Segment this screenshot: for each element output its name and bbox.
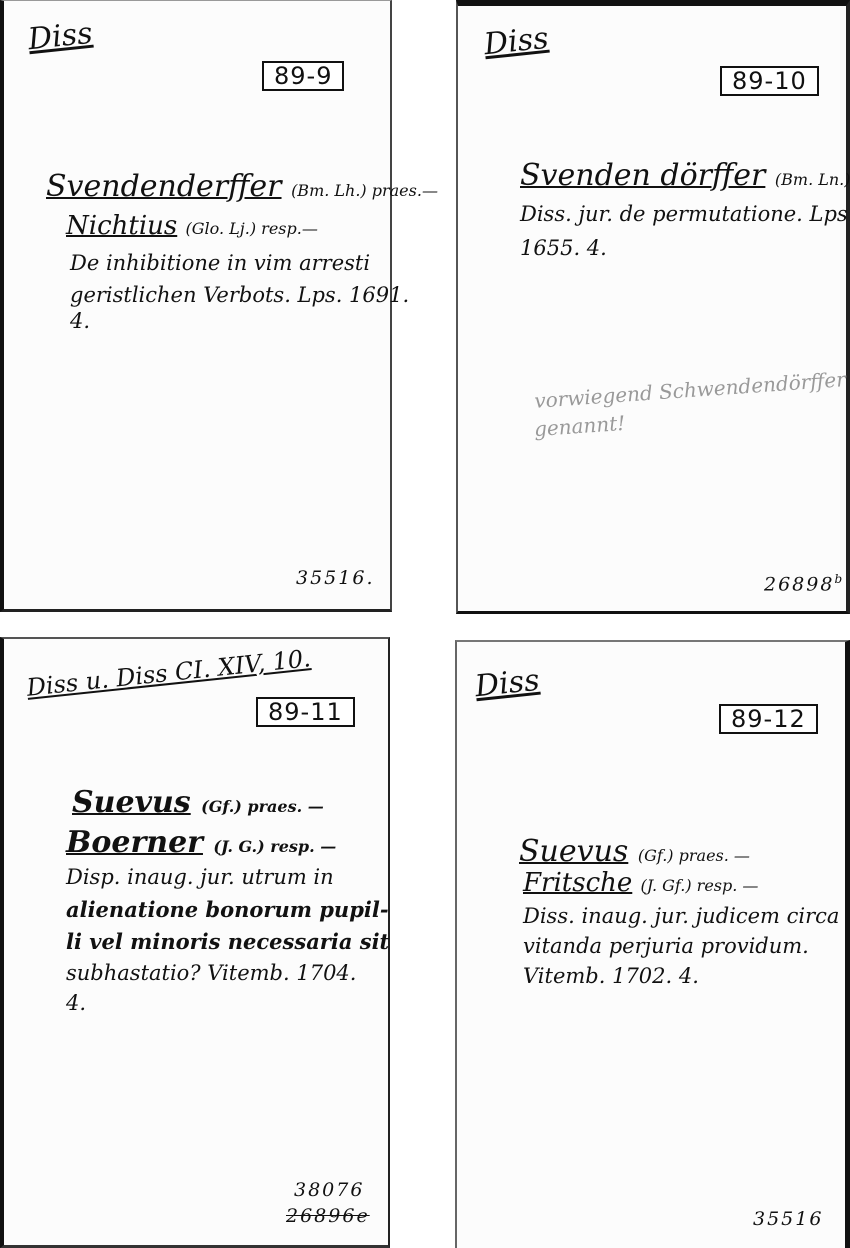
respondent-line: Nichtius (Glo. Lj.) resp.— (66, 211, 318, 241)
title-line: Diss. jur. de permutatione. Lps. (520, 202, 850, 226)
call-number: 89-9 (262, 61, 344, 91)
praeses-details: (Gf.) praes. — (638, 846, 750, 865)
classmark: Diss (482, 21, 550, 63)
format-line: 4. (66, 991, 86, 1015)
respondent-name: Fritsche (523, 868, 632, 898)
title-line: Diss. inaug. jur. judicem circa (523, 904, 839, 928)
author-line: Suevus (Gf.) praes. — (72, 785, 324, 820)
classmark: Diss u. Diss CI. XIV, 10. (25, 644, 312, 702)
author-line: Suevus (Gf.) praes. — (519, 834, 750, 869)
format-line: 4. (70, 309, 90, 333)
call-number: 89-12 (719, 704, 818, 734)
call-number: 89-10 (720, 66, 819, 96)
author-name: Svenden dörffer (520, 158, 765, 193)
title-line: vitanda perjuria providum. (523, 934, 809, 958)
praeses-details: (Bm. Lh.) praes.— (291, 181, 438, 200)
struck-accession-number: 26896e (286, 1205, 370, 1227)
respondent-line: Boerner (J. G.) resp. — (66, 825, 336, 860)
pencil-note: genannt! (533, 411, 626, 441)
catalog-card-89-12: Diss 89-12 Suevus (Gf.) praes. — Fritsch… (455, 640, 850, 1248)
praeses-name: Suevus (72, 785, 191, 820)
title-line: alienatione bonorum pupil- (66, 897, 389, 922)
respondent-line: Fritsche (J. Gf.) resp. — (523, 868, 758, 898)
title-line: De inhibitione in vim arresti (70, 251, 370, 275)
catalog-card-89-10: Diss 89-10 Svenden dörffer (Bm. Ln.) Dis… (456, 0, 850, 614)
classmark: Diss (473, 663, 541, 705)
respondent-name: Boerner (66, 825, 203, 860)
respondent-name: Nichtius (66, 211, 177, 241)
title-line: geristlichen Verbots. Lps. 1691. (70, 283, 409, 307)
title-line: li vel minoris necessaria sit (66, 929, 389, 954)
accession-number: 35516 (753, 1208, 823, 1230)
imprint-line: Vitemb. 1702. 4. (523, 964, 699, 988)
imprint-line: 1655. 4. (520, 236, 607, 260)
praeses-name: Svendenderffer (46, 169, 282, 204)
call-number: 89-11 (256, 697, 355, 727)
author-details: (Bm. Ln.) (775, 170, 850, 189)
title-line: Disp. inaug. jur. utrum in (66, 865, 334, 889)
catalog-card-89-11: Diss u. Diss CI. XIV, 10. 89-11 Suevus (… (0, 637, 390, 1248)
respondent-details: (J. Gf.) resp. — (641, 876, 759, 895)
accession-number: 38076 (294, 1179, 364, 1201)
praeses-name: Suevus (519, 834, 628, 869)
author-line: Svendenderffer (Bm. Lh.) praes.— (46, 169, 438, 204)
classmark: Diss (26, 16, 94, 58)
respondent-details: (J. G.) resp. — (213, 837, 336, 856)
imprint-line: subhastatio? Vitemb. 1704. (66, 961, 356, 985)
pencil-note: vorwiegend Schwendendörffer (534, 367, 847, 413)
catalog-card-89-9: Diss 89-9 Svendenderffer (Bm. Lh.) praes… (0, 0, 392, 612)
author-line: Svenden dörffer (Bm. Ln.) (520, 158, 850, 193)
respondent-details: (Glo. Lj.) resp.— (186, 219, 318, 238)
accession-number: 26898b (764, 572, 844, 595)
accession-number: 35516. (296, 567, 374, 589)
praeses-details: (Gf.) praes. — (201, 797, 324, 816)
